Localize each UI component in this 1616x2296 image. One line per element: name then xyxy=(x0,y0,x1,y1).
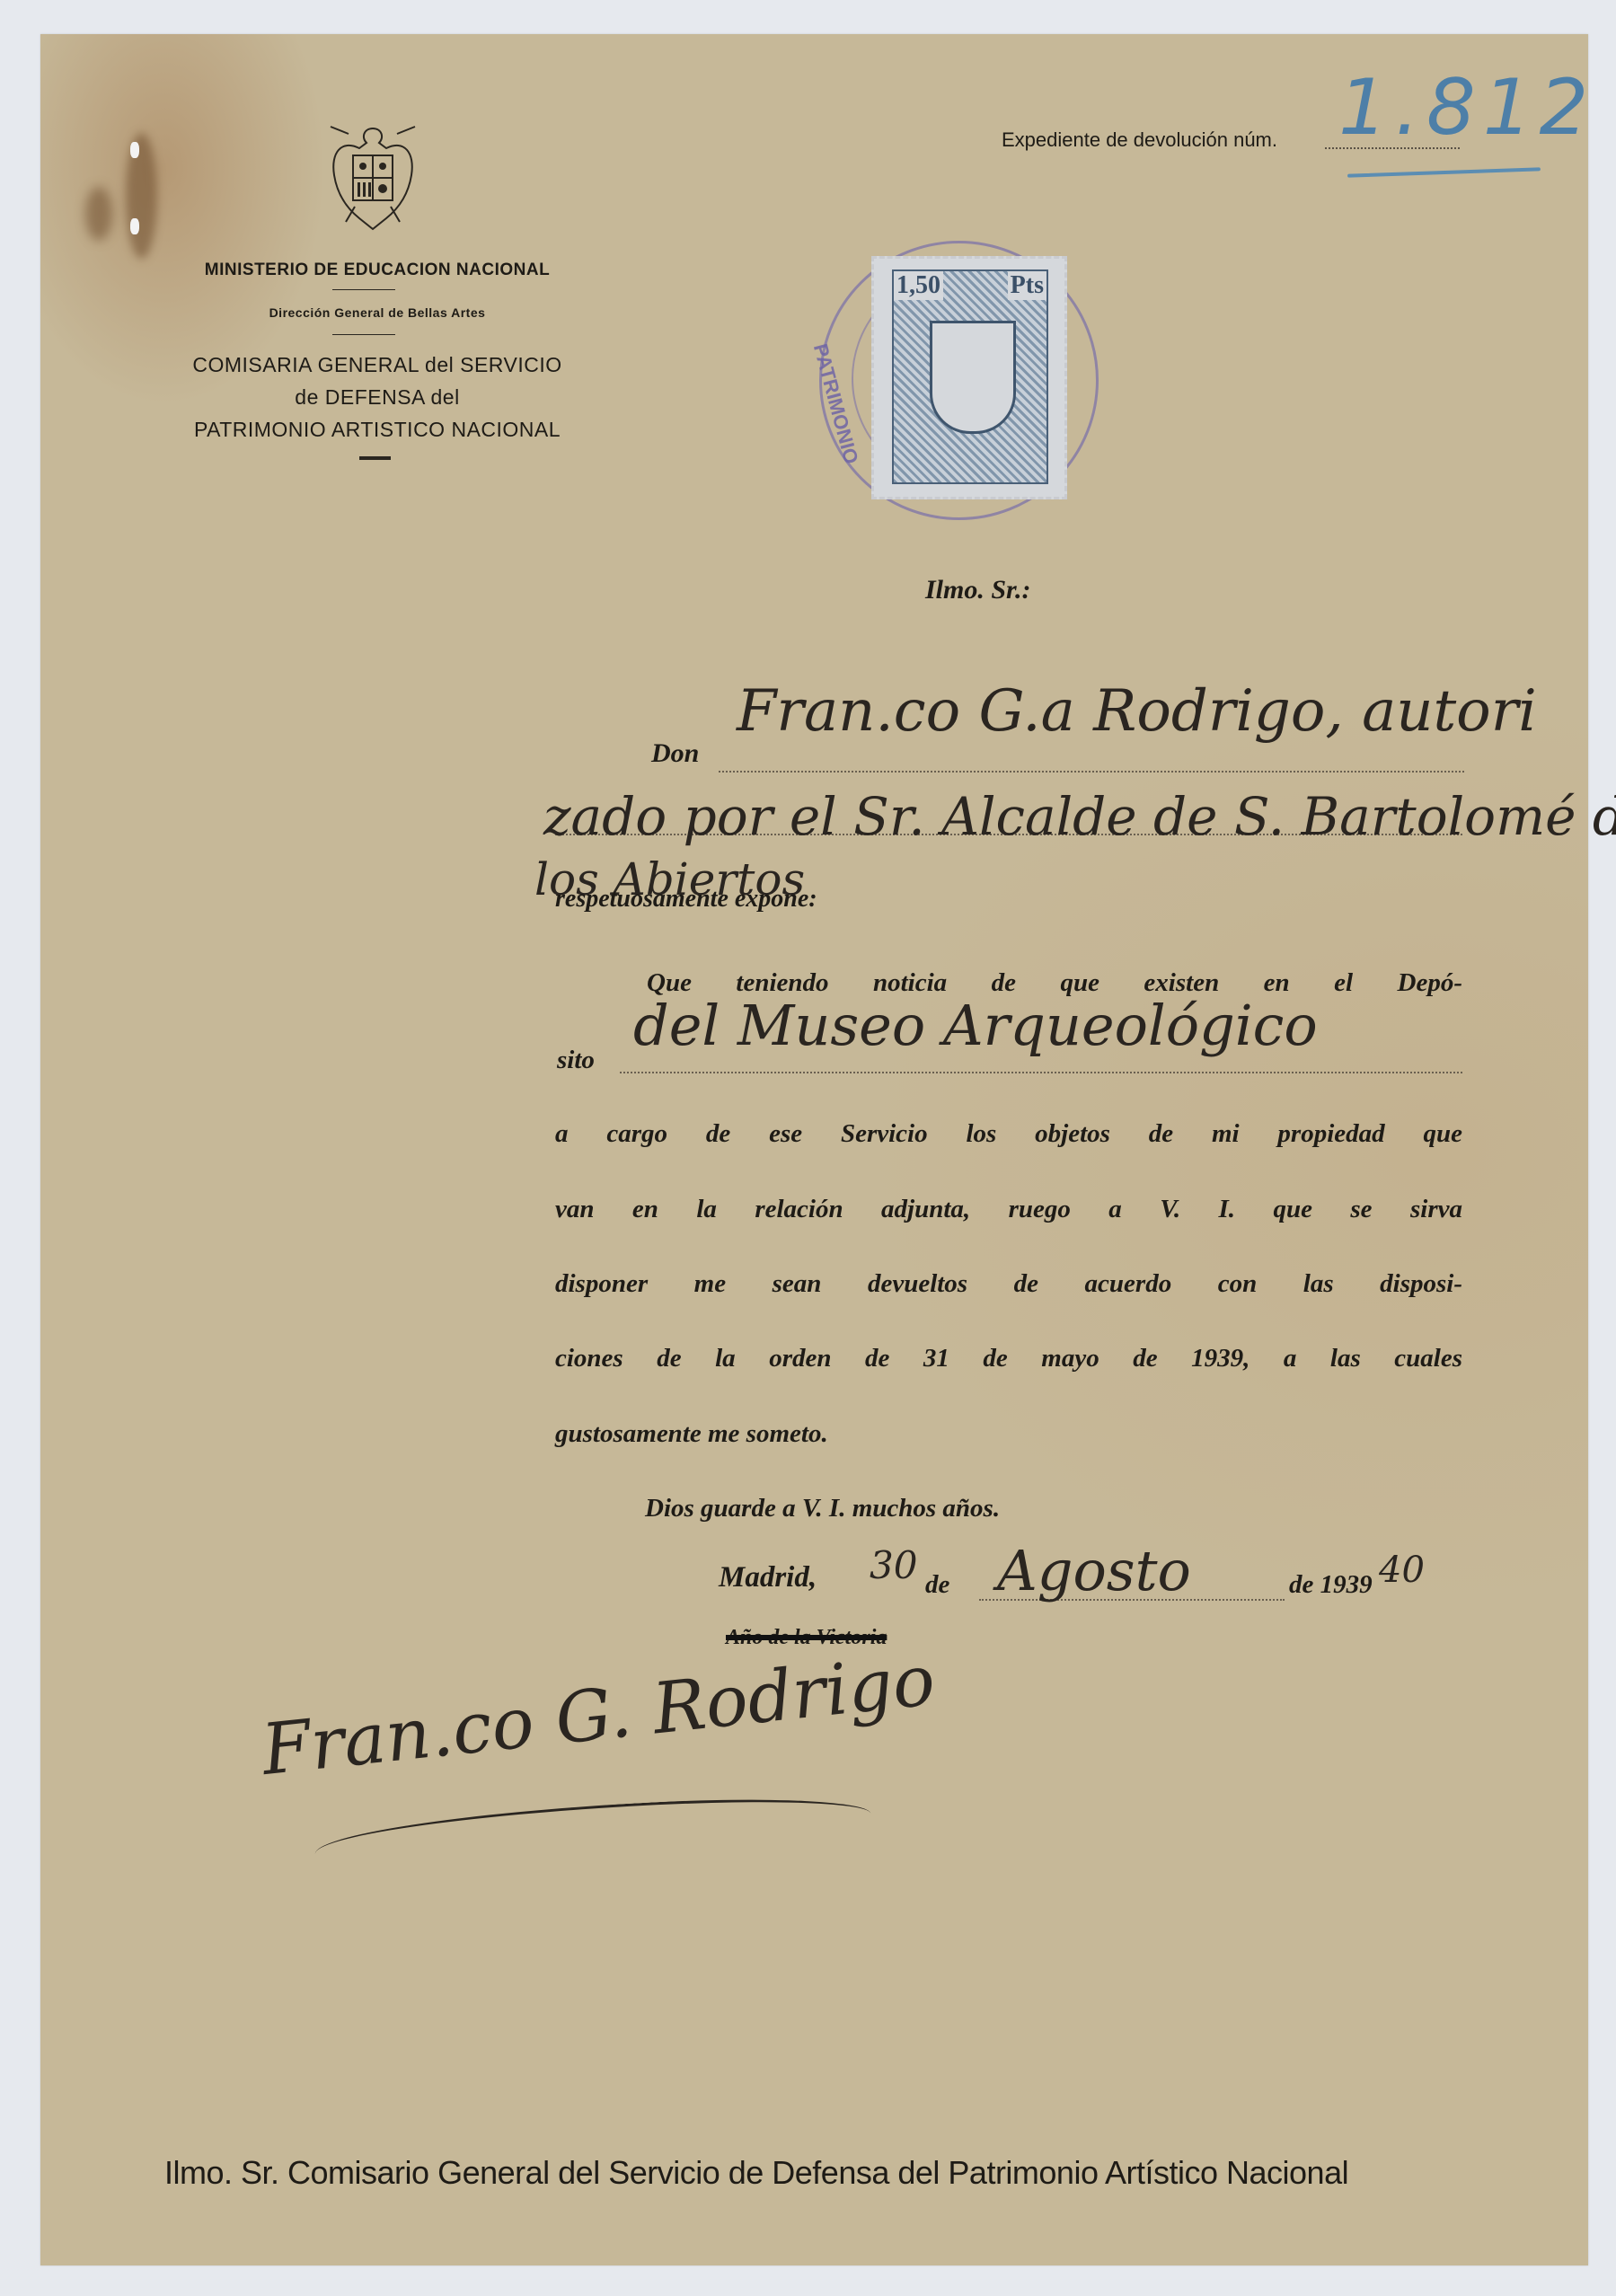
deposit-handwritten: del Museo Arqueológico xyxy=(633,993,1318,1058)
closing-formula: Dios guarde a V. I. muchos años. xyxy=(645,1494,1552,1523)
applicant-continuation: respetuosamente expone: xyxy=(555,885,817,914)
date-day-handwritten: 30 xyxy=(870,1543,917,1587)
body-line-3: a cargo de ese Servicio los objetos de m… xyxy=(555,1119,1462,1149)
divider xyxy=(332,289,395,290)
commission-line-2: de DEFENSA del xyxy=(162,381,593,413)
staple-hole xyxy=(130,142,139,158)
divider xyxy=(332,334,395,335)
date-place: Madrid, xyxy=(719,1561,817,1594)
divider xyxy=(359,456,391,460)
applicant-handwritten-line-2: zado por el Sr. Alcalde de S. Bartolomé … xyxy=(543,786,1616,847)
stamp-unit: Pts xyxy=(1008,271,1046,300)
date-de: de xyxy=(925,1570,949,1600)
applicant-label: Don xyxy=(651,738,699,769)
date-month-handwritten: Agosto xyxy=(997,1538,1191,1603)
body-line-4: van en la relación adjunta, ruego a V. I… xyxy=(555,1195,1462,1224)
body-line-5: disponer me sean devueltos de acuerdo co… xyxy=(555,1269,1462,1299)
staple-hole xyxy=(130,218,139,234)
stamp-border-pattern: 1,50 Pts xyxy=(892,269,1048,484)
date-year-correction: 40 xyxy=(1379,1550,1425,1591)
date-year: de 1939 xyxy=(1289,1570,1373,1600)
spanish-coat-of-arms-icon xyxy=(323,121,422,234)
deposit-label: sito xyxy=(557,1046,595,1075)
applicant-handwritten-line-1: Fran.co G.a Rodrigo, autori xyxy=(737,678,1537,745)
ministry-name: MINISTERIO DE EDUCACION NACIONAL xyxy=(162,261,593,280)
applicant-field-line-1 xyxy=(719,771,1464,773)
stamp-value: 1,50 xyxy=(894,271,943,300)
file-number-label: Expediente de devolución núm. xyxy=(1002,128,1277,152)
body-line-6: ciones de la orden de 31 de mayo de 1939… xyxy=(555,1344,1462,1373)
addressee-footer: Ilmo. Sr. Comisario General del Servicio… xyxy=(164,2154,1348,2192)
commission-line-3: PATRIMONIO ARTISTICO NACIONAL xyxy=(162,413,593,446)
revenue-stamp: 1,50 Pts xyxy=(871,256,1067,499)
body-line-7: gustosamente me someto. xyxy=(555,1419,1462,1449)
rust-stain xyxy=(85,187,112,241)
stamp-coat-of-arms-icon xyxy=(930,321,1016,434)
deposit-field-line xyxy=(620,1072,1462,1073)
salutation: Ilmo. Sr.: xyxy=(925,575,1031,605)
file-number-value: 1.812 xyxy=(1338,63,1595,153)
directorate-name: Dirección General de Bellas Artes xyxy=(162,305,593,320)
commission-line-1: COMISARIA GENERAL del SERVICIO xyxy=(162,349,593,381)
